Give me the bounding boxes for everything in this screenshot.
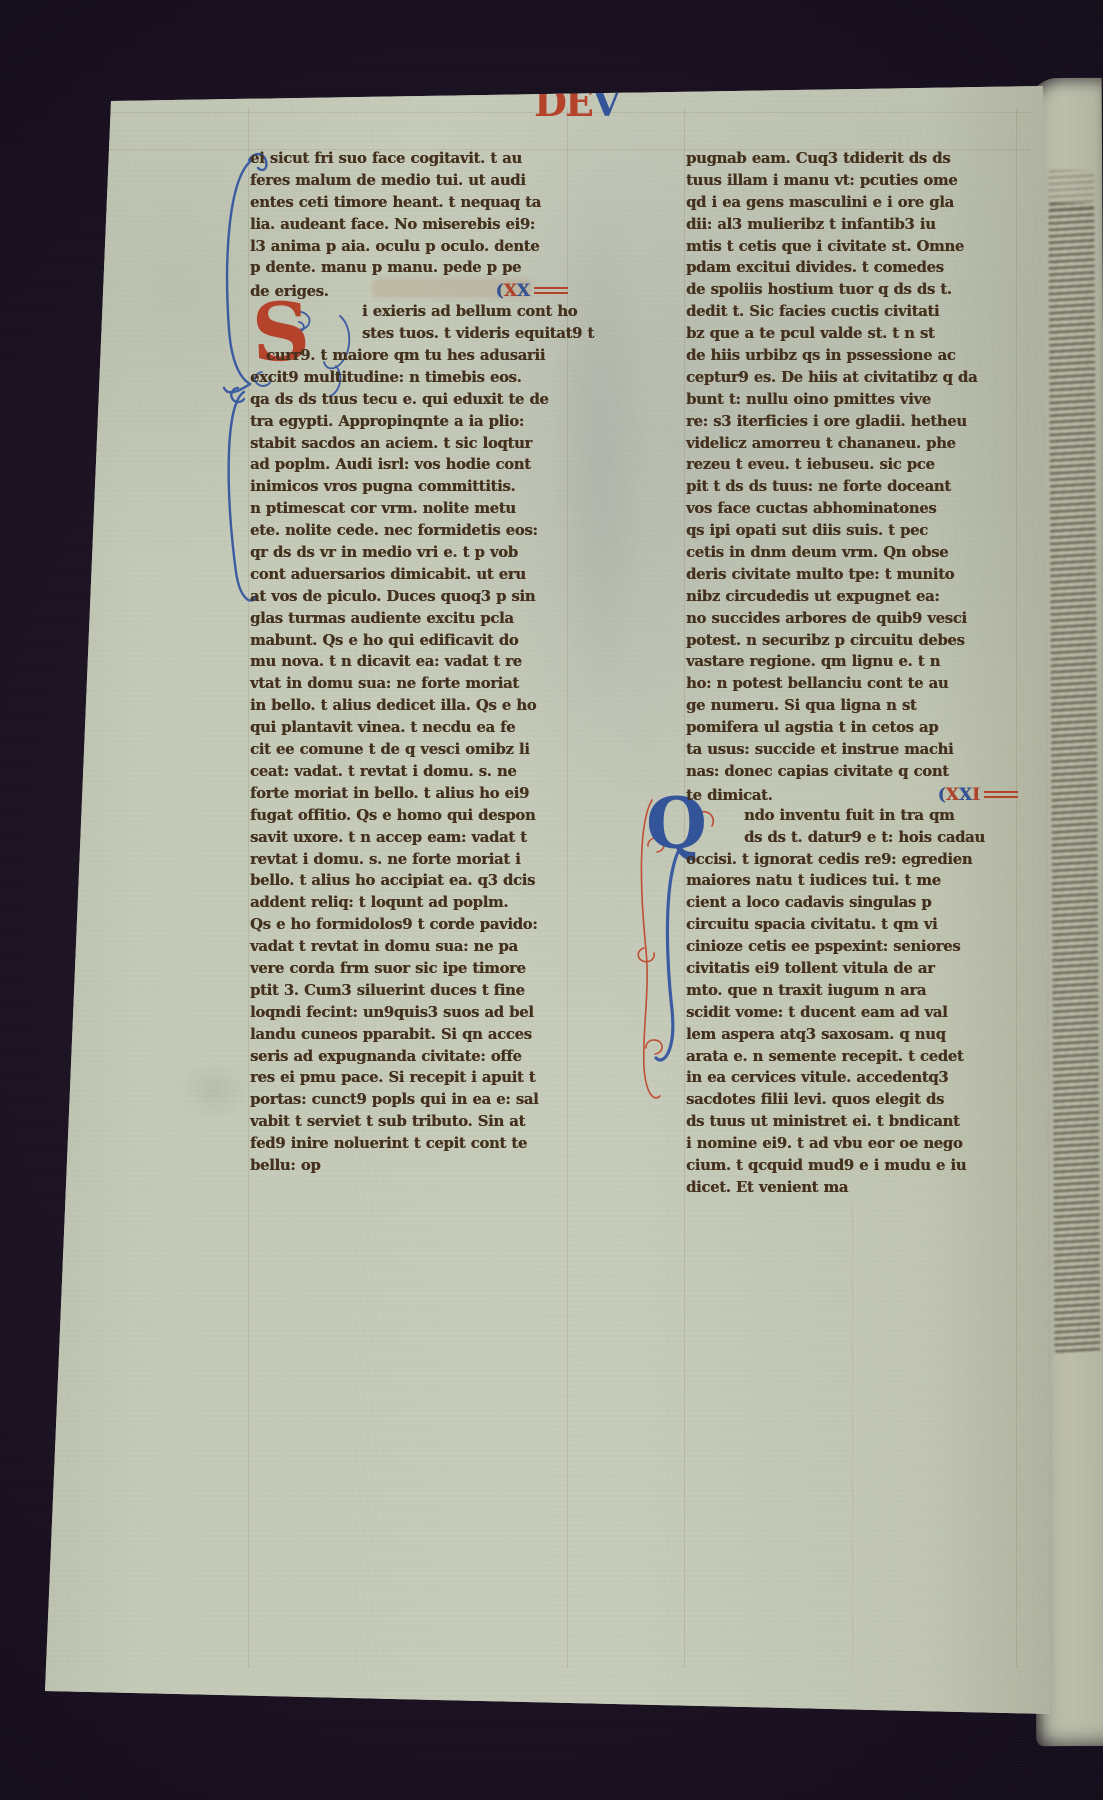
running-title-letter: V xyxy=(592,84,619,122)
text-line: curr9. t maiore qm tu hes adusarii xyxy=(250,347,568,369)
text-line: addent reliq: t loqunt ad poplm. xyxy=(250,894,568,916)
text-line: Qs e ho formidolos9 t corde pavido: xyxy=(250,916,568,938)
text-line: nibz circudedis ut expugnet ea: xyxy=(686,588,1018,610)
text-line: ta usus: succide et instrue machi xyxy=(686,741,1018,763)
manuscript-photo: DEV xyxy=(0,0,1103,1800)
text-line: dii: al3 mulieribz t infantib3 iu xyxy=(686,216,1018,238)
text-line: de eriges.(XX xyxy=(250,281,568,303)
text-line: qa ds ds tuus tecu e. qui eduxit te de xyxy=(250,391,568,413)
rubric-line-filler xyxy=(984,789,1018,801)
text-line: maiores natu t iudices tui. t me xyxy=(686,872,1018,894)
text-line: civitatis ei9 tollent vitula de ar xyxy=(686,960,1018,982)
text-line: tra egypti. Appropinqnte a ia plio: xyxy=(250,413,568,435)
text-line: revtat i domu. s. ne forte moriat i xyxy=(250,851,568,873)
text-line: savit uxore. t n accep eam: vadat t xyxy=(250,829,568,851)
text-line: n ptimescat cor vrm. nolite metu xyxy=(250,500,568,522)
text-line: cetis in dnm deum vrm. Qn obse xyxy=(686,544,1018,566)
text-line: fed9 inire noluerint t cepit cont te xyxy=(250,1135,568,1157)
text-line: bz que a te pcul valde st. t n st xyxy=(686,325,1018,347)
running-title-letter: D xyxy=(534,84,565,122)
chapter-number-letter: X xyxy=(517,281,530,301)
text-line: stes tuos. t videris equitat9 t xyxy=(250,325,568,347)
text-line: landu cuneos pparabit. Si qn acces xyxy=(250,1026,568,1048)
text-line: re: s3 iterficies i ore gladii. hetheu xyxy=(686,413,1018,435)
running-title-deu: DEV xyxy=(534,84,619,122)
chapter-number-letter: I xyxy=(972,785,980,805)
ruling-line-vertical xyxy=(248,108,249,1668)
text-line: circuitu spacia civitatu. t qm vi xyxy=(686,916,1018,938)
text-line: nas: donec capias civitate q cont xyxy=(686,763,1018,785)
text-line: portas: cunct9 popls qui in ea e: sal xyxy=(250,1091,568,1113)
text-line: bellu: op xyxy=(250,1157,568,1179)
text-line: i nomine ei9. t ad vbu eor oe nego xyxy=(686,1135,1018,1157)
text-line: no succides arbores de quib9 vesci xyxy=(686,610,1018,632)
text-line: deris civitate multo tpe: t munito xyxy=(686,566,1018,588)
text-column-right: pugnab eam. Cuq3 tdiderit ds dstuus illa… xyxy=(686,150,1018,1201)
text-line: res ei pmu pace. Si recepit i apuit t xyxy=(250,1069,568,1091)
chapter-number-xxi: (XXI xyxy=(938,785,1018,805)
text-line: arata e. n semente recepit. t cedet xyxy=(686,1048,1018,1070)
text-line: ptit 3. Cum3 siluerint duces t fine xyxy=(250,982,568,1004)
text-line: ete. nolite cede. nec formidetis eos: xyxy=(250,522,568,544)
text-line: rezeu t eveu. t iebuseu. sic pce xyxy=(686,456,1018,478)
text-line: pdam excitui divides. t comedes xyxy=(686,259,1018,281)
text-line: feres malum de medio tui. ut audi xyxy=(250,172,568,194)
text-line: vastare regione. qm lignu e. t n xyxy=(686,653,1018,675)
text-line: pugnab eam. Cuq3 tdiderit ds ds xyxy=(686,150,1018,172)
ruling-line-vertical xyxy=(684,108,685,1668)
fore-edge-text-blur xyxy=(1048,203,1100,1353)
text-line: ceptur9 es. De hiis at civitatibz q da xyxy=(686,369,1018,391)
text-line: de spoliis hostium tuor q ds ds t. xyxy=(686,281,1018,303)
text-line: sacdotes filii levi. quos elegit ds xyxy=(686,1091,1018,1113)
text-line: ds tuus ut ministret ei. t bndicant xyxy=(686,1113,1018,1135)
text-line: loqndi fecint: un9quis3 suos ad bel xyxy=(250,1004,568,1026)
chapter-number-letter: ( xyxy=(496,281,504,301)
text-line: ei sicut fri suo face cogitavit. t au xyxy=(250,150,568,172)
text-line: ds ds t. datur9 e t: hois cadau xyxy=(686,829,1018,851)
text-line: pomifera ul agstia t in cetos ap xyxy=(686,719,1018,741)
running-title-letter: E xyxy=(565,84,592,122)
text-line: potest. n securibz p circuitu debes xyxy=(686,632,1018,654)
text-line: stabit sacdos an aciem. t sic loqtur xyxy=(250,435,568,457)
rubric-line-filler xyxy=(534,285,568,297)
text-line: qui plantavit vinea. t necdu ea fe xyxy=(250,719,568,741)
text-line: ge numeru. Si qua ligna n st xyxy=(686,697,1018,719)
text-line: p dente. manu p manu. pede p pe xyxy=(250,259,568,281)
text-line: fugat offitio. Qs e homo qui despon xyxy=(250,807,568,829)
chapter-number-xx: (XX xyxy=(496,281,568,301)
text-line: in bello. t alius dedicet illa. Qs e ho xyxy=(250,697,568,719)
text-line: cit ee comune t de q vesci omibz li xyxy=(250,741,568,763)
chapter-number-letter: X xyxy=(946,785,959,805)
text-line: vadat t revtat in domu sua: ne pa xyxy=(250,938,568,960)
text-line: ndo inventu fuit in tra qm xyxy=(686,807,1018,829)
text-line: mabunt. Qs e ho qui edificavit do xyxy=(250,632,568,654)
text-line: de hiis urbibz qs in pssessione ac xyxy=(686,347,1018,369)
manuscript-page: DEV xyxy=(0,0,1103,1800)
text-line: dedit t. Sic facies cuctis civitati xyxy=(686,303,1018,325)
text-line: te dimicat.(XXI xyxy=(686,785,1018,807)
chapter-number-letter: ( xyxy=(938,785,946,805)
text-line: ceat: vadat. t revtat i domu. s. ne xyxy=(250,763,568,785)
text-line: forte moriat in bello. t alius ho ei9 xyxy=(250,785,568,807)
text-line: vtat in domu sua: ne forte moriat xyxy=(250,675,568,697)
text-line: mtis t cetis que i civitate st. Omne xyxy=(686,238,1018,260)
text-line: i exieris ad bellum cont ho xyxy=(250,303,568,325)
text-line: cium. t qcquid mud9 e i mudu e iu xyxy=(686,1157,1018,1179)
text-line: qs ipi opati sut diis suis. t pec xyxy=(686,522,1018,544)
text-line: mu nova. t n dicavit ea: vadat t re xyxy=(250,653,568,675)
text-line: qd i ea gens masculini e i ore gla xyxy=(686,194,1018,216)
chapter-number-letter: X xyxy=(504,281,517,301)
text-line: tuus illam i manu vt: pcuties ome xyxy=(686,172,1018,194)
text-line: occisi. t ignorat cedis re9: egredien xyxy=(686,851,1018,873)
text-line: dicet. Et venient ma xyxy=(686,1179,1018,1201)
text-line: mto. que n traxit iugum n ara xyxy=(686,982,1018,1004)
chapter-number-letter: X xyxy=(959,785,972,805)
text-line: cont aduersarios dimicabit. ut eru xyxy=(250,566,568,588)
text-line: at vos de piculo. Duces quoq3 p sin xyxy=(250,588,568,610)
text-line: videlicz amorreu t chananeu. phe xyxy=(686,435,1018,457)
text-line: excit9 multitudine: n timebis eos. xyxy=(250,369,568,391)
text-line: bello. t alius ho accipiat ea. q3 dcis xyxy=(250,872,568,894)
text-line: seris ad expugnanda civitate: offe xyxy=(250,1048,568,1070)
text-line: lia. audeant face. No miserebis ei9: xyxy=(250,216,568,238)
text-line: vos face cuctas abhominatones xyxy=(686,500,1018,522)
text-line: cinioze cetis ee pspexint: seniores xyxy=(686,938,1018,960)
text-line: vabit t serviet t sub tributo. Sin at xyxy=(250,1113,568,1135)
text-line: vere corda frm suor sic ipe timore xyxy=(250,960,568,982)
text-line: qr ds ds vr in medio vri e. t p vob xyxy=(250,544,568,566)
fold-line xyxy=(852,1200,853,1670)
text-line: ho: n potest bellanciu cont te au xyxy=(686,675,1018,697)
text-line: inimicos vros pugna committitis. xyxy=(250,478,568,500)
text-line: in ea cervices vitule. accedentq3 xyxy=(686,1069,1018,1091)
text-line: l3 anima p aia. oculu p oculo. dente xyxy=(250,238,568,260)
text-line: scidit vome: t ducent eam ad val xyxy=(686,1004,1018,1026)
text-line: entes ceti timore heant. t nequaq ta xyxy=(250,194,568,216)
text-line: pit t ds ds tuus: ne forte doceant xyxy=(686,478,1018,500)
text-line: ad poplm. Audi isrl: vos hodie cont xyxy=(250,456,568,478)
text-column-left: ei sicut fri suo face cogitavit. t aufer… xyxy=(250,150,568,1179)
text-line: bunt t: nullu oino pmittes vive xyxy=(686,391,1018,413)
text-line: cient a loco cadavis singulas p xyxy=(686,894,1018,916)
text-line: glas turmas audiente excitu pcla xyxy=(250,610,568,632)
text-line: lem aspera atq3 saxosam. q nuq xyxy=(686,1026,1018,1048)
